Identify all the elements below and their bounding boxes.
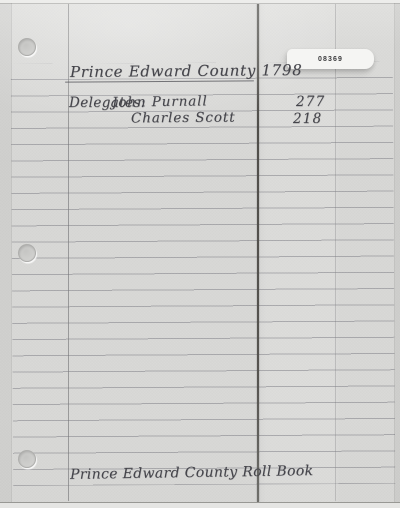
page-edge-bottom (0, 502, 400, 508)
left-margin-line (68, 4, 69, 501)
vote-count: 218 (293, 111, 322, 127)
footer-title: Prince Edward County Roll Book (70, 463, 314, 483)
scanned-ledger-page: 08369 Prince Edward County 1798 Delegate… (0, 0, 400, 508)
catalog-number: 08369 (318, 56, 343, 63)
page-title: Prince Edward County 1798 (70, 61, 303, 81)
punch-hole-top (18, 38, 36, 56)
page-edge-right (394, 3, 400, 502)
page-edge-top (0, 0, 400, 4)
page-edge-left (0, 3, 12, 502)
right-column-line (335, 4, 336, 501)
punch-hole-bottom (18, 450, 36, 468)
vote-count: 277 (296, 94, 325, 110)
delegate-name: John Purnall (112, 93, 208, 110)
punch-hole-middle (18, 244, 36, 262)
delegate-name: Charles Scott (131, 109, 236, 126)
